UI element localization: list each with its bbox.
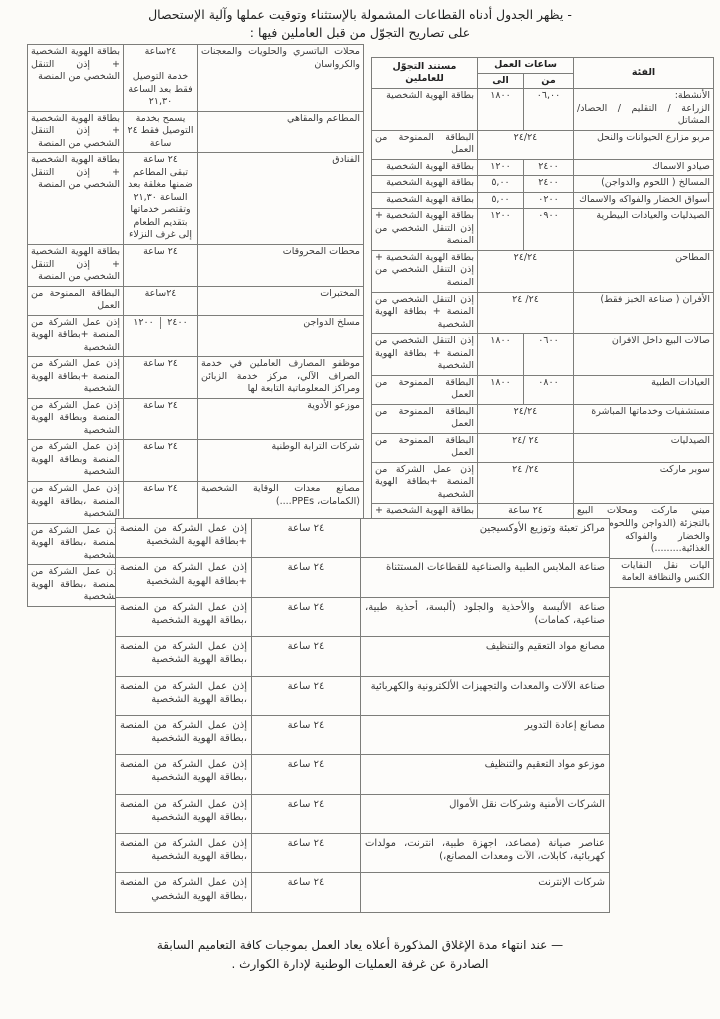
document-cell: إذن عمل الشركة من المنصة ،بطاقة الهوية ا… <box>116 755 252 794</box>
sectors-table-bottom: مراكز تعبئة وتوزيع الأوكسيجين٢٤ ساعةإذن … <box>115 518 610 913</box>
hours-from-cell: ٢٤٠٠ <box>524 176 574 193</box>
hours-to-cell: ١٢٠٠ <box>477 209 523 251</box>
document-cell: بطاقة الهوية الشخصية <box>371 159 477 176</box>
document-cell: بطاقة الهوية الشخصية <box>371 192 477 209</box>
hours-to-cell: ٥,٠٠ <box>477 176 523 193</box>
hours-cell: ٢٤ ساعة <box>124 440 198 482</box>
document-cell: إذن عمل الشركة من المنصة ،بطاقة الهوية ا… <box>116 597 252 636</box>
hours-cell: ٢٤ ساعة <box>252 873 361 912</box>
category-cell: شركات الإنترنت <box>361 873 610 912</box>
category-cell: محلات الباتسري والحلويات والمعجنات والكر… <box>198 45 364 112</box>
document-cell: إذن عمل الشركة من المنصة ،بطاقة الهوية ا… <box>116 834 252 873</box>
table-row: المطاعم والمقاهييسمح بخدمة التوصيل فقط ٢… <box>28 111 364 153</box>
table-row: صناعة الملابس الطبية والصناعية للقطاعات … <box>116 558 610 597</box>
document-cell: إذن عمل الشركة من المنصة ،بطاقة الهوية ا… <box>116 676 252 715</box>
category-cell: المطاحن <box>574 250 714 292</box>
table-row: مراكز تعبئة وتوزيع الأوكسيجين٢٤ ساعةإذن … <box>116 519 610 558</box>
header-category: الفئة <box>574 58 714 89</box>
document-cell: بطاقة الهوية الشخصية + إذن التنقل الشخصي… <box>28 45 124 112</box>
document-cell: إذن عمل الشركة من المنصة وبطاقة الهوية ا… <box>28 398 124 440</box>
table-row: صناعة الألبسة والأحذية والجلود (ألبسة، أ… <box>116 597 610 636</box>
table-row: الأفران ( صناعة الخبز فقط)٢٤/ ٢٤إذن التن… <box>371 292 713 334</box>
table-row: الصيدليات والعيادات البيطرية٠٩٠٠١٢٠٠بطاق… <box>371 209 713 251</box>
hours-cell: ٢٤ ساعة <box>252 597 361 636</box>
category-cell: الفنادق <box>198 153 364 245</box>
sectors-table-main: الفئة ساعات العمل مستند التجوّل للعاملين… <box>371 57 714 588</box>
title-line-1: - يظهر الجدول أدناه القطاعات المشمولة با… <box>20 6 700 24</box>
table-row: صالات البيع داخل الافران٠٦٠٠١٨٠٠إذن التن… <box>371 334 713 376</box>
category-cell: مربو مزارع الحيوانات والنحل <box>574 130 714 159</box>
document-cell: إذن عمل الشركة من المنصة وبطاقة الهوية ا… <box>28 440 124 482</box>
document-cell: إذن عمل الشركة من المنصة ،بطاقة الهوية ا… <box>28 482 124 524</box>
category-cell: موزعو مواد التعقيم والتنظيف <box>361 755 610 794</box>
hours-cell: يسمح بخدمة التوصيل فقط ٢٤ ساعة <box>124 111 198 153</box>
header-to: الى <box>477 73 523 89</box>
table-row: المطاحن٢٤/٢٤بطاقة الهوية الشخصية + إذن ا… <box>371 250 713 292</box>
hours-cell: ٢٤ ساعة <box>252 834 361 873</box>
header-work-hours: ساعات العمل <box>477 58 573 74</box>
document-cell: بطاقة الهوية الشخصية + إذن التنقل الشخصي… <box>28 111 124 153</box>
hours-cell: ٢٤ ساعة <box>252 794 361 833</box>
table-row: مستشفيات وخدماتها المباشرة٢٤/٢٤البطاقة ا… <box>371 404 713 433</box>
table-row: مربو مزارع الحيوانات والنحل٢٤/٢٤البطاقة … <box>371 130 713 159</box>
table-row: محلات الباتسري والحلويات والمعجنات والكر… <box>28 45 364 112</box>
hours-cell: ٢٤/٢٤ <box>477 250 573 292</box>
category-cell: صناعة الملابس الطبية والصناعية للقطاعات … <box>361 558 610 597</box>
table-row: المختبرات٢٤ساعةالبطاقة الممنوحة من العمل <box>28 286 364 315</box>
table-row: الأنشطة: الزراعة / التقليم / الحصاد/ الم… <box>371 89 713 131</box>
table-row: شركات الإنترنت٢٤ ساعةإذن عمل الشركة من ا… <box>116 873 610 912</box>
category-cell: الصيدليات <box>574 433 714 462</box>
category-cell: الأفران ( صناعة الخبز فقط) <box>574 292 714 334</box>
hours-from-cell: ٠٩٠٠ <box>524 209 574 251</box>
hours-cell: ٢٤ ساعة <box>124 357 198 399</box>
document-cell: إذن عمل الشركة من المنصة +بطاقة الهوية ا… <box>28 357 124 399</box>
table-row: موظفو المصارف العاملين في خدمة الصراف ال… <box>28 357 364 399</box>
table-row: مصانع معدات الوقاية الشخصية (الكمامات، P… <box>28 482 364 524</box>
category-cell: صيادو الاسماك <box>574 159 714 176</box>
document-cell: إذن عمل الشركة من المنصة +بطاقة الهوية ا… <box>28 315 124 357</box>
document-cell: بطاقة الهوية الشخصية + إذن التنقل الشخصي… <box>371 209 477 251</box>
document-cell: إذن عمل الشركة من المنصة ،بطاقة الهوية ا… <box>116 794 252 833</box>
table-row: الشركات الأمنية وشركات نقل الأموال٢٤ ساع… <box>116 794 610 833</box>
hours-to-cell: ١٨٠٠ <box>477 89 523 131</box>
hours-cell: ٢٤ ساعة <box>252 715 361 754</box>
table-row: مصانع إعادة التدوير٢٤ ساعةإذن عمل الشركة… <box>116 715 610 754</box>
category-cell: مصانع إعادة التدوير <box>361 715 610 754</box>
hours-to-cell: ١٢٠٠ <box>477 159 523 176</box>
document-cell: إذن عمل الشركة من المنصة +بطاقة الهوية ا… <box>116 558 252 597</box>
hours-cell: ٢٤ ساعة <box>252 519 361 558</box>
document-cell: بطاقة الهوية الشخصية <box>371 89 477 131</box>
category-cell: مستشفيات وخدماتها المباشرة <box>574 404 714 433</box>
document-cell: إذن عمل الشركة من المنصة ،بطاقة الهوية ا… <box>116 637 252 676</box>
title-line-2: على تصاريح التجوّل من قبل العاملين فيها … <box>20 24 700 42</box>
category-cell: المسالخ ( اللحوم والدواجن) <box>574 176 714 193</box>
category-cell: صناعة الألبسة والأحذية والجلود (ألبسة، أ… <box>361 597 610 636</box>
category-cell: شركات الترابة الوطنية <box>198 440 364 482</box>
hours-cell: ٢٤/ ٢٤ <box>477 462 573 504</box>
hours-cell: ٢٤٠٠١٢٠٠ <box>124 315 198 357</box>
document-cell: بطاقة الهوية الشخصية + إذن التنقل الشخصي… <box>28 244 124 286</box>
category-cell: الأنشطة: الزراعة / التقليم / الحصاد/ الم… <box>574 89 714 131</box>
category-cell: الصيدليات والعيادات البيطرية <box>574 209 714 251</box>
document-cell: بطاقة الهوية الشخصية + إذن التنقل الشخصي… <box>371 250 477 292</box>
table-row: أسواق الخضار والفواكه والاسماك٠٢٠٠٥,٠٠بط… <box>371 192 713 209</box>
footer-line-1: — عند انتهاء مدة الإغلاق المذكورة أعلاه … <box>60 936 660 955</box>
table-row: عناصر صيانة (مصاعد، اجهزة طبية، انترنت، … <box>116 834 610 873</box>
category-cell: مصانع معدات الوقاية الشخصية (الكمامات، P… <box>198 482 364 524</box>
document-cell: البطاقة الممنوحة من العمل <box>371 130 477 159</box>
hours-from-cell: ٢٤٠٠ <box>160 317 194 330</box>
hours-cell: ٢٤/٢٤ <box>477 404 573 433</box>
table-row: المسالخ ( اللحوم والدواجن)٢٤٠٠٥,٠٠بطاقة … <box>371 176 713 193</box>
category-cell: الشركات الأمنية وشركات نقل الأموال <box>361 794 610 833</box>
table-header-row: الفئة ساعات العمل مستند التجوّل للعاملين <box>371 58 713 74</box>
document-cell: البطاقة الممنوحة من العمل <box>28 286 124 315</box>
category-cell: محطات المحروقات <box>198 244 364 286</box>
hours-cell: ٢٤ ساعة <box>124 398 198 440</box>
category-cell: أسواق الخضار والفواكه والاسماك <box>574 192 714 209</box>
document-cell: إذن عمل الشركة من المنصة ،بطاقة الهوية ا… <box>116 715 252 754</box>
document-cell: إذن التنقل الشخصي من المنصة + بطاقة الهو… <box>371 334 477 376</box>
hours-from-cell: ٠٦٠٠ <box>524 334 574 376</box>
category-cell: العيادات الطبية <box>574 375 714 404</box>
category-cell: عناصر صيانة (مصاعد، اجهزة طبية، انترنت، … <box>361 834 610 873</box>
hours-cell: ٢٤/٢٤ <box>477 130 573 159</box>
hours-from-cell: ٠٦,٠٠ <box>524 89 574 131</box>
footer-line-2: الصادرة عن غرفة العمليات الوطنية لإدارة … <box>60 955 660 974</box>
category-cell: المختبرات <box>198 286 364 315</box>
hours-from-cell: ٢٤٠٠ <box>524 159 574 176</box>
hours-cell: ٢٤ساعة <box>124 286 198 315</box>
category-cell: صالات البيع داخل الافران <box>574 334 714 376</box>
hours-cell: ٢٤ /٢٤ <box>477 433 573 462</box>
table-row: صيادو الاسماك٢٤٠٠١٢٠٠بطاقة الهوية الشخصي… <box>371 159 713 176</box>
table-row: موزعو الأدوية٢٤ ساعةإذن عمل الشركة من ال… <box>28 398 364 440</box>
document-cell: البطاقة الممنوحة من العمل <box>371 433 477 462</box>
category-cell: مراكز تعبئة وتوزيع الأوكسيجين <box>361 519 610 558</box>
footer-note: — عند انتهاء مدة الإغلاق المذكورة أعلاه … <box>60 936 660 973</box>
category-cell: صناعة الآلات والمعدات والتجهيزات الألكتر… <box>361 676 610 715</box>
table-row: مصانع مواد التعقيم والتنظيف٢٤ ساعةإذن عم… <box>116 637 610 676</box>
document-cell: بطاقة الهوية الشخصية <box>371 176 477 193</box>
document-title: - يظهر الجدول أدناه القطاعات المشمولة با… <box>20 6 700 42</box>
hours-cell: ٢٤ ساعة <box>124 482 198 524</box>
table-row: صناعة الآلات والمعدات والتجهيزات الألكتر… <box>116 676 610 715</box>
category-cell: موظفو المصارف العاملين في خدمة الصراف ال… <box>198 357 364 399</box>
document-cell: إذن عمل الشركة من المنصة ،بطاقة الهوية ا… <box>116 873 252 912</box>
hours-to-cell: ١٢٠٠ <box>127 317 160 330</box>
category-cell: المطاعم والمقاهي <box>198 111 364 153</box>
document-cell: إذن التنقل الشخصي من المنصة + بطاقة الهو… <box>371 292 477 334</box>
table-row: سوبر ماركت٢٤/ ٢٤إذن عمل الشركة من المنصة… <box>371 462 713 504</box>
table-row: موزعو مواد التعقيم والتنظيف٢٤ ساعةإذن عم… <box>116 755 610 794</box>
hours-from-cell: ٠٨٠٠ <box>524 375 574 404</box>
header-from: من <box>524 73 574 89</box>
document-cell: البطاقة الممنوحة من العمل <box>371 375 477 404</box>
hours-split: ٢٤٠٠١٢٠٠ <box>127 317 194 330</box>
category-cell: موزعو الأدوية <box>198 398 364 440</box>
document-cell: البطاقة الممنوحة من العمل <box>371 404 477 433</box>
hours-cell: ٢٤ساعة خدمة التوصيل فقط بعد الساعة ٢١,٣٠ <box>124 45 198 112</box>
hours-cell: ٢٤ ساعة <box>252 676 361 715</box>
table-row: شركات الترابة الوطنية٢٤ ساعةإذن عمل الشر… <box>28 440 364 482</box>
hours-cell: ٢٤ ساعة <box>124 244 198 286</box>
hours-to-cell: ٥,٠٠ <box>477 192 523 209</box>
hours-to-cell: ١٨٠٠ <box>477 375 523 404</box>
header-travel-document: مستند التجوّل للعاملين <box>371 58 477 89</box>
category-cell: سوبر ماركت <box>574 462 714 504</box>
hours-cell: ٢٤ ساعة تبقى المطاعم ضمنها مغلقة بعد الس… <box>124 153 198 245</box>
table-row: الفنادق٢٤ ساعة تبقى المطاعم ضمنها مغلقة … <box>28 153 364 245</box>
hours-from-cell: ٠٢٠٠ <box>524 192 574 209</box>
hours-cell: ٢٤ ساعة <box>252 755 361 794</box>
hours-to-cell: ١٨٠٠ <box>477 334 523 376</box>
hours-cell: ٢٤ ساعة <box>252 637 361 676</box>
document-cell: إذن عمل الشركة من المنصة +بطاقة الهوية ا… <box>116 519 252 558</box>
category-cell: مسلخ الدواجن <box>198 315 364 357</box>
scanned-document-page: - يظهر الجدول أدناه القطاعات المشمولة با… <box>0 0 720 1019</box>
document-cell: إذن عمل الشركة من المنصة ،بطاقة الهوية ا… <box>28 523 124 565</box>
hours-cell: ٢٤ ساعة <box>252 558 361 597</box>
table-row: العيادات الطبية٠٨٠٠١٨٠٠البطاقة الممنوحة … <box>371 375 713 404</box>
document-cell: إذن عمل الشركة من المنصة ،بطاقة الهوية ا… <box>28 565 124 607</box>
hours-cell: ٢٤/ ٢٤ <box>477 292 573 334</box>
table-row: الصيدليات٢٤ /٢٤البطاقة الممنوحة من العمل <box>371 433 713 462</box>
table-row: محطات المحروقات٢٤ ساعةبطاقة الهوية الشخص… <box>28 244 364 286</box>
document-cell: بطاقة الهوية الشخصية + إذن التنقل الشخصي… <box>28 153 124 245</box>
table-row: مسلخ الدواجن٢٤٠٠١٢٠٠إذن عمل الشركة من ال… <box>28 315 364 357</box>
category-cell: مصانع مواد التعقيم والتنظيف <box>361 637 610 676</box>
document-cell: إذن عمل الشركة من المنصة +بطاقة الهوية ا… <box>371 462 477 504</box>
